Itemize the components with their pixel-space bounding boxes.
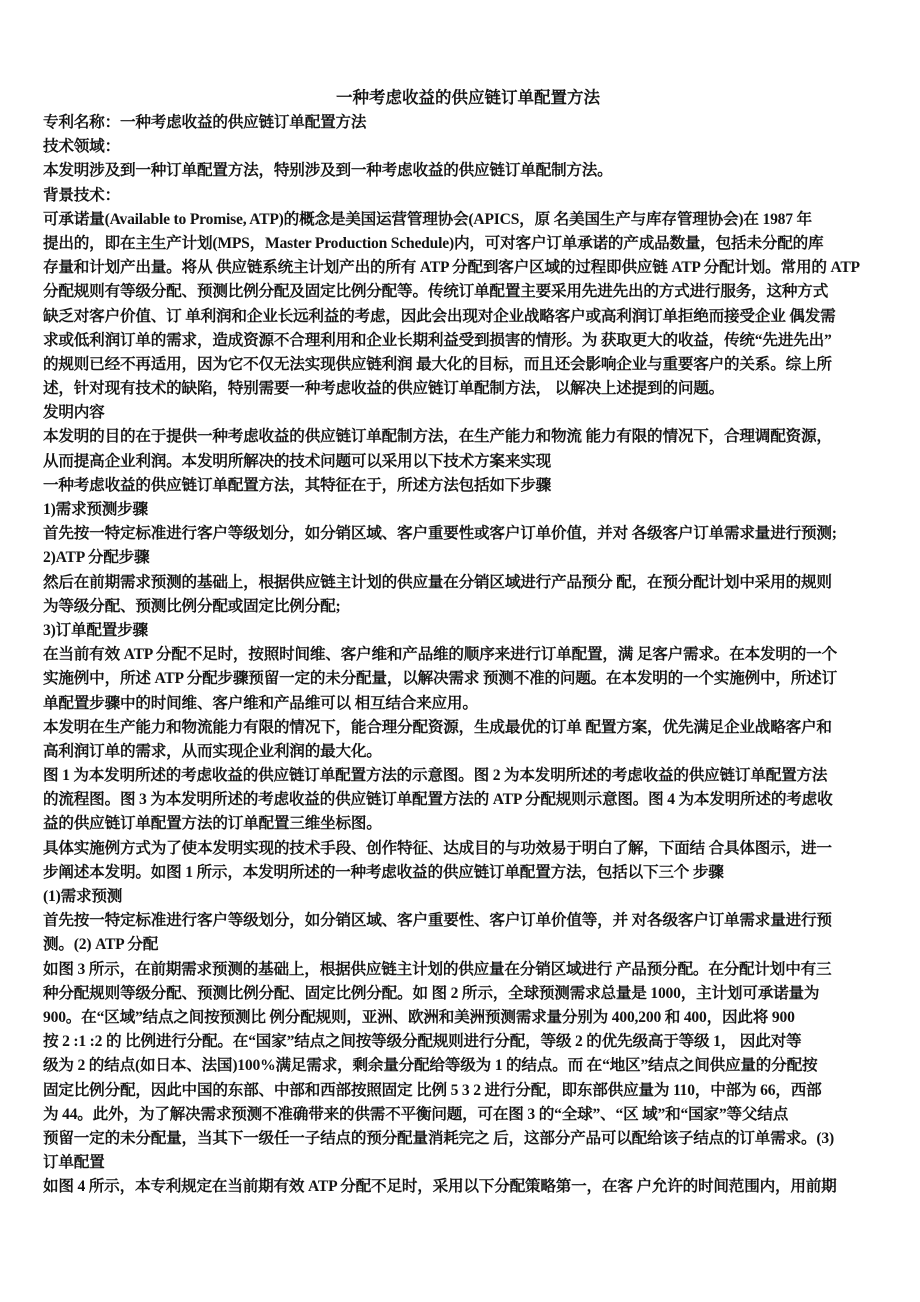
- document-text-line: 然后在前期需求预测的基础上，根据供应链主计划的供应量在分销区域进行产品预分 配，…: [43, 571, 893, 595]
- document-text-line: 步阐述本发明。如图 1 所示，本发明所述的一种考虑收益的供应链订单配置方法，包括…: [43, 861, 893, 885]
- document-content: 一种考虑收益的供应链订单配置方法 专利名称：一种考虑收益的供应链订单配置方法技术…: [43, 84, 893, 1199]
- document-text-line: 的流程图。图 3 为本发明所述的考虑收益的供应链订单配置方法的 ATP 分配规则…: [43, 788, 893, 812]
- document-text-line: 技术领域：: [43, 135, 893, 159]
- document-text-line: 按 2 :1 :2 的 比例进行分配。在“国家”结点之间按等级分配规则进行分配，…: [43, 1030, 893, 1054]
- document-text-line: 专利名称：一种考虑收益的供应链订单配置方法: [43, 111, 893, 135]
- document-text-line: 固定比例分配，因此中国的东部、中部和西部按照固定 比例 5 3 2 进行分配，即…: [43, 1079, 893, 1103]
- document-text-line: 从而提高企业利润。本发明所解决的技术问题可以采用以下技术方案来实现: [43, 450, 893, 474]
- document-text-line: 1)需求预测步骤: [43, 498, 893, 522]
- document-text-line: 背景技术：: [43, 184, 893, 208]
- document-text-line: 如图 3 所示，在前期需求预测的基础上，根据供应链主计划的供应量在分销区域进行 …: [43, 958, 893, 982]
- document-text-line: 如图 4 所示，本专利规定在当前期有效 ATP 分配不足时，采用以下分配策略第一…: [43, 1175, 893, 1199]
- document-text-line: 2)ATP 分配步骤: [43, 546, 893, 570]
- document-text-line: 单配置步骤中的时间维、客户维和产品维可以 相互结合来应用。: [43, 692, 893, 716]
- document-text-line: 本发明涉及到一种订单配置方法，特别涉及到一种考虑收益的供应链订单配制方法。: [43, 159, 893, 183]
- document-text-line: 本发明在生产能力和物流能力有限的情况下，能合理分配资源，生成最优的订单 配置方案…: [43, 716, 893, 740]
- document-text-line: 本发明的目的在于提供一种考虑收益的供应链订单配制方法，在生产能力和物流 能力有限…: [43, 425, 893, 449]
- document-text-line: 级为 2 的结点(如日本、法国)100%满足需求，剩余量分配给等级为 1 的结点…: [43, 1054, 893, 1078]
- document-text-line: 预留一定的未分配量，当其下一级任一子结点的预分配量消耗完之 后，这部分产品可以配…: [43, 1127, 893, 1151]
- document-text-line: 求或低利润订单的需求，造成资源不合理利用和企业长期利益受到损害的情形。为 获取更…: [43, 329, 893, 353]
- document-text-line: 900。在“区域”结点之间按预测比 例分配规则，亚洲、欧洲和美洲预测需求量分别为…: [43, 1006, 893, 1030]
- document-text-line: 分配规则有等级分配、预测比例分配及固定比例分配等。传统订单配置主要采用先进先出的…: [43, 280, 893, 304]
- patent-document-page: 一种考虑收益的供应链订单配置方法 专利名称：一种考虑收益的供应链订单配置方法技术…: [0, 0, 920, 1302]
- document-text-line: 具体实施例方式为了使本发明实现的技术手段、创作特征、达成目的与功效易于明白了解，…: [43, 837, 893, 861]
- document-text-line: 提出的，即在主生产计划(MPS，Master Production Schedu…: [43, 232, 893, 256]
- document-text-line: 高利润订单的需求，从而实现企业利润的最大化。: [43, 740, 893, 764]
- document-text-line: 存量和计划产出量。将从 供应链系统主计划产出的所有 ATP 分配到客户区域的过程…: [43, 256, 893, 280]
- document-text-line: 测。(2) ATP 分配: [43, 933, 893, 957]
- document-text-line: 一种考虑收益的供应链订单配置方法，其特征在于，所述方法包括如下步骤: [43, 474, 893, 498]
- document-text-line: 可承诺量(Available to Promise, ATP)的概念是美国运营管…: [43, 208, 893, 232]
- document-text-line: 发明内容: [43, 401, 893, 425]
- document-text-line: 订单配置: [43, 1151, 893, 1175]
- document-text-line: 首先按一特定标准进行客户等级划分，如分销区域、客户重要性或客户订单价值，并对 各…: [43, 522, 893, 546]
- document-text-line: 为 44。此外，为了解决需求预测不准确带来的供需不平衡问题，可在图 3 的“全球…: [43, 1103, 893, 1127]
- document-text-line: 为等级分配、预测比例分配或固定比例分配;: [43, 595, 893, 619]
- document-title: 一种考虑收益的供应链订单配置方法: [43, 84, 893, 111]
- document-body: 专利名称：一种考虑收益的供应链订单配置方法技术领域：本发明涉及到一种订单配置方法…: [43, 111, 893, 1199]
- document-text-line: 述，针对现有技术的缺陷，特别需要一种考虑收益的供应链订单配制方法， 以解决上述提…: [43, 377, 893, 401]
- document-text-line: 首先按一特定标准进行客户等级划分，如分销区域、客户重要性、客户订单价值等，并 对…: [43, 909, 893, 933]
- document-text-line: 缺乏对客户价值、订 单利润和企业长远利益的考虑，因此会出现对企业战略客户或高利润…: [43, 305, 893, 329]
- document-text-line: 实施例中，所述 ATP 分配步骤预留一定的未分配量，以解决需求 预测不准的问题。…: [43, 667, 893, 691]
- document-text-line: 益的供应链订单配置方法的订单配置三维坐标图。: [43, 812, 893, 836]
- document-text-line: 在当前有效 ATP 分配不足时，按照时间维、客户维和产品维的顺序来进行订单配置，…: [43, 643, 893, 667]
- document-text-line: (1)需求预测: [43, 885, 893, 909]
- document-text-line: 种分配规则等级分配、预测比例分配、固定比例分配。如 图 2 所示，全球预测需求总…: [43, 982, 893, 1006]
- document-text-line: 的规则已经不再适用，因为它不仅无法实现供应链利润 最大化的目标，而且还会影响企业…: [43, 353, 893, 377]
- document-text-line: 3)订单配置步骤: [43, 619, 893, 643]
- document-text-line: 图 1 为本发明所述的考虑收益的供应链订单配置方法的示意图。图 2 为本发明所述…: [43, 764, 893, 788]
